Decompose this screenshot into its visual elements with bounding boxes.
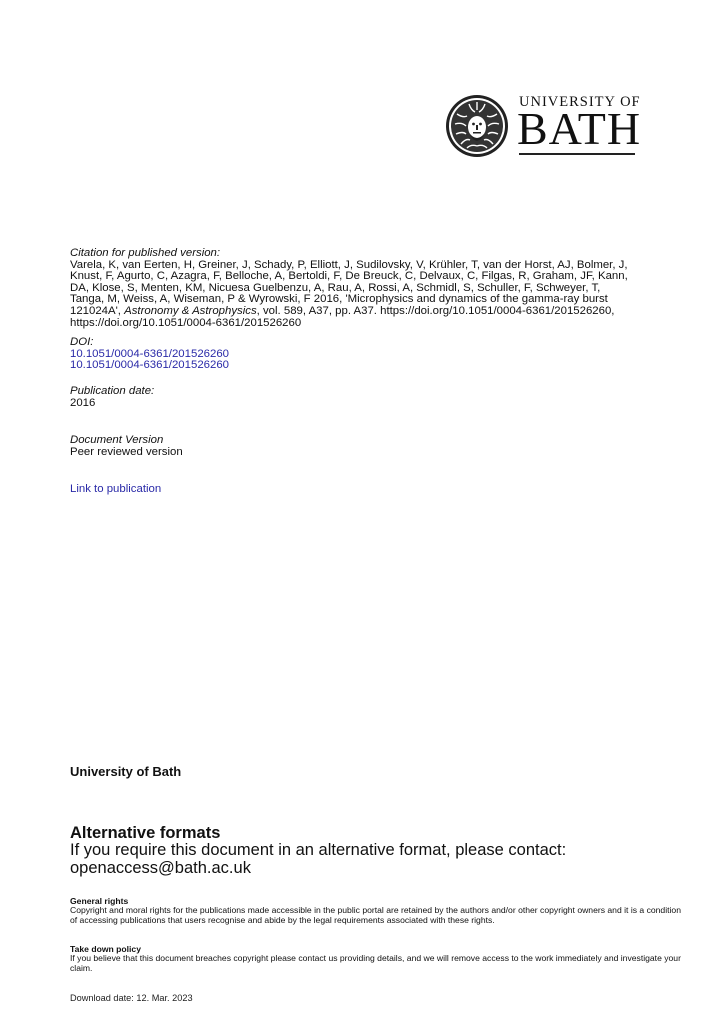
doi-section: DOI: 10.1051/0004-6361/201526260 10.1051…	[70, 337, 690, 372]
take-down-policy-body: If you believe that this document breach…	[70, 954, 690, 973]
publication-date-section: Publication date: 2016	[70, 386, 690, 409]
bath-seal-gorgon-head-icon	[445, 94, 509, 158]
logo-bath: BATH	[517, 106, 641, 152]
alternative-formats-text: If you require this document in an alter…	[70, 842, 670, 860]
citation-text: , vol. 589, A37, pp. A37. https://doi.or…	[257, 305, 615, 317]
publication-link-section: Link to publication	[70, 484, 690, 496]
document-version-value: Peer reviewed version	[70, 447, 690, 459]
doi-label: DOI:	[70, 337, 690, 349]
general-rights-body: Copyright and moral rights for the publi…	[70, 906, 690, 925]
contact-email[interactable]: openaccess@bath.ac.uk	[70, 860, 670, 878]
general-rights-section: General rights Copyright and moral right…	[70, 897, 690, 925]
citation-text: 121024A',	[70, 305, 124, 317]
citation-line: 121024A', Astronomy & Astrophysics, vol.…	[70, 306, 690, 318]
institution-name: University of Bath	[70, 764, 181, 779]
alternative-formats-body: If you require this document in an alter…	[70, 842, 670, 877]
take-down-policy-section: Take down policy If you believe that thi…	[70, 945, 690, 973]
link-to-publication[interactable]: Link to publication	[70, 484, 690, 496]
publication-date-label: Publication date:	[70, 386, 690, 398]
publication-date-value: 2016	[70, 398, 690, 410]
logo-underline	[519, 153, 635, 155]
university-of-bath-logo: UNIVERSITY OF BATH	[445, 94, 637, 160]
citation-label: Citation for published version:	[70, 248, 690, 260]
doi-link[interactable]: 10.1051/0004-6361/201526260	[70, 360, 690, 372]
journal-name: Astronomy & Astrophysics	[124, 305, 257, 317]
document-version-label: Document Version	[70, 435, 690, 447]
citation-block: Citation for published version: Varela, …	[70, 248, 690, 329]
citation-line: https://doi.org/10.1051/0004-6361/201526…	[70, 318, 690, 330]
download-date: Download date: 12. Mar. 2023	[70, 993, 193, 1003]
document-version-section: Document Version Peer reviewed version	[70, 435, 690, 458]
